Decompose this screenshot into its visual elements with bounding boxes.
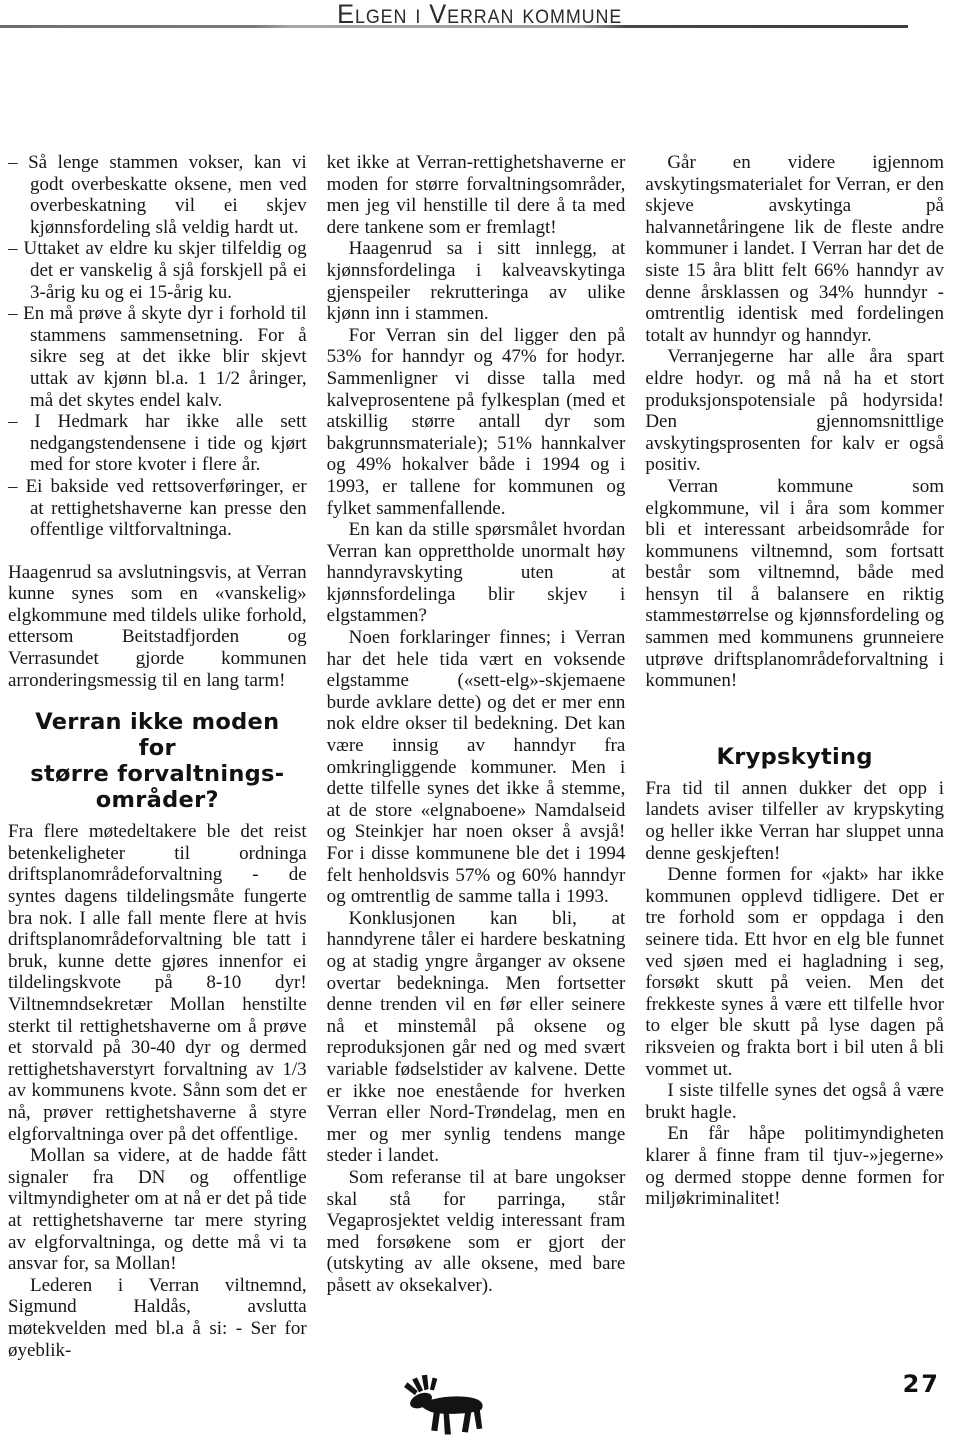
masthead-rule bbox=[0, 25, 908, 28]
section-heading: Krypskyting bbox=[651, 744, 938, 770]
paragraph: Går en videre igjennom avskytingsmateria… bbox=[645, 152, 944, 346]
bullet-item: – Ei bakside ved rettsoverføringer, er a… bbox=[8, 476, 307, 541]
paragraph: Konklusjonen kan bli, at hanndyrene tåle… bbox=[327, 908, 626, 1167]
article-columns: – Så lenge stammen vokser, kan vi godt o… bbox=[8, 152, 944, 1361]
paragraph: Mollan sa videre, at de hadde fått signa… bbox=[8, 1145, 307, 1275]
bullet-item: – I Hedmark har ikke alle sett nedgangst… bbox=[8, 411, 307, 476]
page-number: 27 bbox=[903, 1370, 940, 1398]
section-heading: Verran ikke moden forstørre forvaltnings… bbox=[14, 709, 301, 813]
paragraph: En kan da stille spørsmålet hvordan Verr… bbox=[327, 519, 626, 627]
document-page: Elgen i Verran kommune – Så lenge stamme… bbox=[0, 0, 960, 1440]
page-title: Elgen i Verran kommune bbox=[337, 0, 622, 27]
text-column-1: – Så lenge stammen vokser, kan vi godt o… bbox=[8, 152, 307, 1361]
bullet-item: – Uttaket av eldre ku skjer tilfeldig og… bbox=[8, 238, 307, 303]
paragraph: For Verran sin del ligger den på 53% for… bbox=[327, 325, 626, 519]
paragraph: En får håpe politimyndigheten klarer å f… bbox=[645, 1123, 944, 1209]
paragraph: Noen forklaringer finnes; i Verran har d… bbox=[327, 627, 626, 908]
bullet-item: – En må prøve å skyte dyr i forhold til … bbox=[8, 303, 307, 411]
paragraph: Denne formen for «jakt» har ikke kommune… bbox=[645, 864, 944, 1080]
moose-petroglyph-icon bbox=[398, 1372, 508, 1440]
text-column-3: Går en videre igjennom avskytingsmateria… bbox=[645, 152, 944, 1361]
paragraph: Fra flere møtedeltakere ble det reist be… bbox=[8, 821, 307, 1145]
paragraph: Haagenrud sa i sitt innlegg, at kjønnsfo… bbox=[327, 238, 626, 324]
paragraph: Verran kommune som elgkommune, vil i åra… bbox=[645, 476, 944, 692]
text-column-2: ket ikke at Verran-rettighetshaverne er … bbox=[327, 152, 626, 1361]
paragraph: Lederen i Verran viltnemnd, Sigmund Hald… bbox=[8, 1275, 307, 1361]
paragraph: Fra tid til annen dukker det opp i lande… bbox=[645, 778, 944, 864]
paragraph: ket ikke at Verran-rettighetshaverne er … bbox=[327, 152, 626, 238]
paragraph: Som referanse til at bare ungokser skal … bbox=[327, 1167, 626, 1297]
masthead: Elgen i Verran kommune bbox=[0, 0, 960, 28]
paragraph: Haagenrud sa avslutningsvis, at Verran k… bbox=[8, 562, 307, 692]
paragraph: Verranjegerne har alle åra spart eldre h… bbox=[645, 346, 944, 476]
paragraph: I siste tilfelle synes det også å være b… bbox=[645, 1080, 944, 1123]
bullet-item: – Så lenge stammen vokser, kan vi godt o… bbox=[8, 152, 307, 238]
